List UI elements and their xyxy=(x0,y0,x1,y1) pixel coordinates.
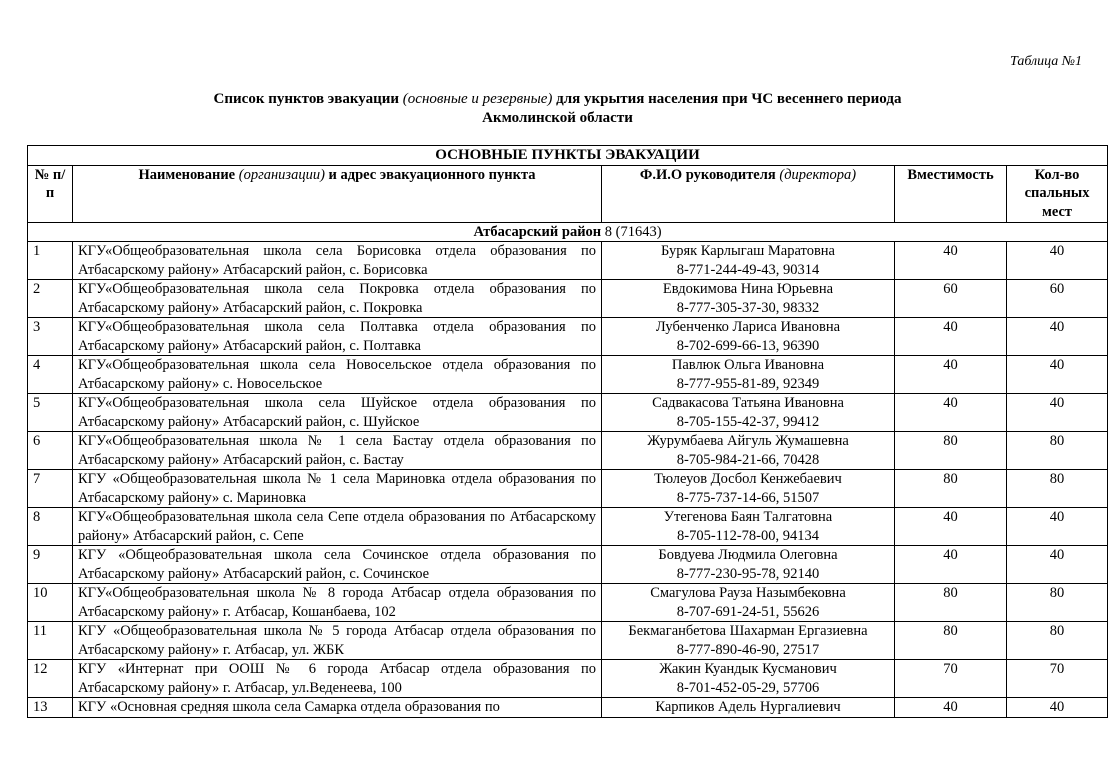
director-name: Садвакасова Татьяна Ивановна xyxy=(607,394,889,413)
table-row: 7КГУ «Общеобразовательная школа № 1 села… xyxy=(28,470,1108,508)
table-row: 12КГУ «Интернат при ООШ № 6 города Атбас… xyxy=(28,660,1108,698)
header-director-text: Ф.И.О руководителя xyxy=(640,167,779,183)
beds-value: 60 xyxy=(1007,280,1108,318)
row-number: 10 xyxy=(28,584,73,622)
beds-value: 40 xyxy=(1007,394,1108,432)
director-name: Бовдуева Людмила Олеговна xyxy=(607,546,889,565)
director-phone: 8-705-984-21-66, 70428 xyxy=(607,451,889,470)
director-phone: 8-777-230-95-78, 92140 xyxy=(607,565,889,584)
director-phone: 8-775-737-14-66, 51507 xyxy=(607,489,889,508)
header-number: № п/п xyxy=(28,165,73,222)
beds-value: 40 xyxy=(1007,242,1108,280)
table-row: 11КГУ «Общеобразовательная школа № 5 гор… xyxy=(28,622,1108,660)
director-name: Жакин Куандык Кусманович xyxy=(607,660,889,679)
director-cell: Буряк Карлыгаш Маратовна8-771-244-49-43,… xyxy=(602,242,895,280)
director-name: Евдокимова Нина Юрьевна xyxy=(607,280,889,299)
capacity-value: 80 xyxy=(895,470,1007,508)
row-number: 13 xyxy=(28,698,73,718)
table-row: 9КГУ «Общеобразовательная школа села Соч… xyxy=(28,546,1108,584)
district-cell: Атбасарский район 8 (71643) xyxy=(28,222,1108,242)
district-row: Атбасарский район 8 (71643) xyxy=(28,222,1108,242)
director-name: Бекмаганбетова Шахарман Ергазиевна xyxy=(607,622,889,641)
table-row: 3КГУ«Общеобразовательная школа села Полт… xyxy=(28,318,1108,356)
table-row: 13КГУ «Основная средняя школа села Самар… xyxy=(28,698,1108,718)
row-number: 8 xyxy=(28,508,73,546)
capacity-value: 80 xyxy=(895,432,1007,470)
header-name-italic: (организации) xyxy=(239,167,325,183)
beds-value: 40 xyxy=(1007,356,1108,394)
table-row: 4КГУ«Общеобразовательная школа села Ново… xyxy=(28,356,1108,394)
organization-name: КГУ«Общеобразовательная школа села Шуйск… xyxy=(73,394,602,432)
capacity-value: 80 xyxy=(895,622,1007,660)
capacity-value: 40 xyxy=(895,318,1007,356)
header-beds: Кол-во спальных мест xyxy=(1007,165,1108,222)
organization-name: КГУ«Общеобразовательная школа села Полта… xyxy=(73,318,602,356)
section-title: ОСНОВНЫЕ ПУНКТЫ ЭВАКУАЦИИ xyxy=(28,146,1108,166)
capacity-value: 40 xyxy=(895,698,1007,718)
beds-value: 80 xyxy=(1007,622,1108,660)
director-cell: Тюлеуов Досбол Кенжебаевич8-775-737-14-6… xyxy=(602,470,895,508)
column-header-row: № п/п Наименование (организации) и адрес… xyxy=(28,165,1108,222)
organization-name: КГУ«Общеобразовательная школа села Новос… xyxy=(73,356,602,394)
district-name: Атбасарский район xyxy=(473,224,601,240)
capacity-value: 40 xyxy=(895,242,1007,280)
row-number: 11 xyxy=(28,622,73,660)
director-phone: 8-771-244-49-43, 90314 xyxy=(607,261,889,280)
table-row: 8КГУ«Общеобразовательная школа села Сепе… xyxy=(28,508,1108,546)
capacity-value: 70 xyxy=(895,660,1007,698)
director-cell: Смагулова Рауза Назымбековна8-707-691-24… xyxy=(602,584,895,622)
director-name: Смагулова Рауза Назымбековна xyxy=(607,584,889,603)
beds-value: 40 xyxy=(1007,698,1108,718)
director-cell: Бекмаганбетова Шахарман Ергазиевна8-777-… xyxy=(602,622,895,660)
director-phone: 8-705-155-42-37, 99412 xyxy=(607,413,889,432)
director-phone: 8-707-691-24-51, 55626 xyxy=(607,603,889,622)
director-name: Тюлеуов Досбол Кенжебаевич xyxy=(607,470,889,489)
beds-value: 80 xyxy=(1007,584,1108,622)
organization-name: КГУ «Общеобразовательная школа села Сочи… xyxy=(73,546,602,584)
row-number: 2 xyxy=(28,280,73,318)
capacity-value: 40 xyxy=(895,394,1007,432)
director-cell: Журумбаева Айгуль Жумашевна8-705-984-21-… xyxy=(602,432,895,470)
director-cell: Жакин Куандык Кусманович8-701-452-05-29,… xyxy=(602,660,895,698)
header-name-rest: и адрес эвакуационного пункта xyxy=(325,167,536,183)
organization-name: КГУ «Общеобразовательная школа № 1 села … xyxy=(73,470,602,508)
title-line-2: Акмолинской области xyxy=(0,109,1115,128)
director-name: Карпиков Адель Нургалиевич xyxy=(607,698,889,717)
header-director-italic: (директора) xyxy=(779,167,856,183)
director-phone: 8-702-699-66-13, 96390 xyxy=(607,337,889,356)
organization-name: КГУ«Общеобразовательная школа села Покро… xyxy=(73,280,602,318)
capacity-value: 40 xyxy=(895,356,1007,394)
header-capacity: Вместимость xyxy=(895,165,1007,222)
director-name: Павлюк Ольга Ивановна xyxy=(607,356,889,375)
organization-name: КГУ«Общеобразовательная школа села Сепе … xyxy=(73,508,602,546)
organization-name: КГУ«Общеобразовательная школа № 1 села Б… xyxy=(73,432,602,470)
title-text: Список пунктов эвакуации xyxy=(214,91,403,107)
beds-value: 80 xyxy=(1007,432,1108,470)
organization-name: КГУ«Общеобразовательная школа села Борис… xyxy=(73,242,602,280)
row-number: 7 xyxy=(28,470,73,508)
organization-name: КГУ«Общеобразовательная школа № 8 города… xyxy=(73,584,602,622)
director-phone: 8-701-452-05-29, 57706 xyxy=(607,679,889,698)
capacity-value: 40 xyxy=(895,508,1007,546)
director-cell: Утегенова Баян Талгатовна8-705-112-78-00… xyxy=(602,508,895,546)
director-name: Буряк Карлыгаш Маратовна xyxy=(607,242,889,261)
table-row: 10КГУ«Общеобразовательная школа № 8 горо… xyxy=(28,584,1108,622)
director-cell: Бовдуева Людмила Олеговна8-777-230-95-78… xyxy=(602,546,895,584)
row-number: 6 xyxy=(28,432,73,470)
row-number: 4 xyxy=(28,356,73,394)
organization-name: КГУ «Интернат при ООШ № 6 города Атбасар… xyxy=(73,660,602,698)
title-text-cont: для укрытия населения при ЧС весеннего п… xyxy=(552,91,901,107)
row-number: 12 xyxy=(28,660,73,698)
director-cell: Павлюк Ольга Ивановна8-777-955-81-89, 92… xyxy=(602,356,895,394)
row-number: 1 xyxy=(28,242,73,280)
header-director: Ф.И.О руководителя (директора) xyxy=(602,165,895,222)
row-number: 3 xyxy=(28,318,73,356)
beds-value: 40 xyxy=(1007,508,1108,546)
director-name: Журумбаева Айгуль Жумашевна xyxy=(607,432,889,451)
section-header-row: ОСНОВНЫЕ ПУНКТЫ ЭВАКУАЦИИ xyxy=(28,146,1108,166)
table-row: 1КГУ«Общеобразовательная школа села Бори… xyxy=(28,242,1108,280)
beds-value: 40 xyxy=(1007,318,1108,356)
director-phone: 8-705-112-78-00, 94134 xyxy=(607,527,889,546)
table-row: 6КГУ«Общеобразовательная школа № 1 села … xyxy=(28,432,1108,470)
director-cell: Лубенченко Лариса Ивановна8-702-699-66-1… xyxy=(602,318,895,356)
director-phone: 8-777-890-46-90, 27517 xyxy=(607,641,889,660)
director-cell: Карпиков Адель Нургалиевич xyxy=(602,698,895,718)
table-number-label: Таблица №1 xyxy=(1010,54,1082,70)
organization-name: КГУ «Основная средняя школа села Самарка… xyxy=(73,698,602,718)
header-name-text: Наименование xyxy=(138,167,238,183)
director-phone: 8-777-305-37-30, 98332 xyxy=(607,299,889,318)
director-name: Лубенченко Лариса Ивановна xyxy=(607,318,889,337)
header-name: Наименование (организации) и адрес эваку… xyxy=(73,165,602,222)
document-title: Список пунктов эвакуации (основные и рез… xyxy=(0,90,1115,128)
capacity-value: 40 xyxy=(895,546,1007,584)
district-count: 8 (71643) xyxy=(601,224,661,240)
beds-value: 40 xyxy=(1007,546,1108,584)
table-row: 2КГУ«Общеобразовательная школа села Покр… xyxy=(28,280,1108,318)
beds-value: 80 xyxy=(1007,470,1108,508)
director-phone: 8-777-955-81-89, 92349 xyxy=(607,375,889,394)
evacuation-points-table: ОСНОВНЫЕ ПУНКТЫ ЭВАКУАЦИИ № п/п Наименов… xyxy=(27,145,1108,718)
director-cell: Евдокимова Нина Юрьевна8-777-305-37-30, … xyxy=(602,280,895,318)
organization-name: КГУ «Общеобразовательная школа № 5 город… xyxy=(73,622,602,660)
beds-value: 70 xyxy=(1007,660,1108,698)
table-row: 5КГУ«Общеобразовательная школа села Шуйс… xyxy=(28,394,1108,432)
capacity-value: 60 xyxy=(895,280,1007,318)
capacity-value: 80 xyxy=(895,584,1007,622)
title-line-1: Список пунктов эвакуации (основные и рез… xyxy=(0,90,1115,109)
title-italic-note: (основные и резервные) xyxy=(403,91,553,107)
director-name: Утегенова Баян Талгатовна xyxy=(607,508,889,527)
row-number: 5 xyxy=(28,394,73,432)
row-number: 9 xyxy=(28,546,73,584)
director-cell: Садвакасова Татьяна Ивановна8-705-155-42… xyxy=(602,394,895,432)
